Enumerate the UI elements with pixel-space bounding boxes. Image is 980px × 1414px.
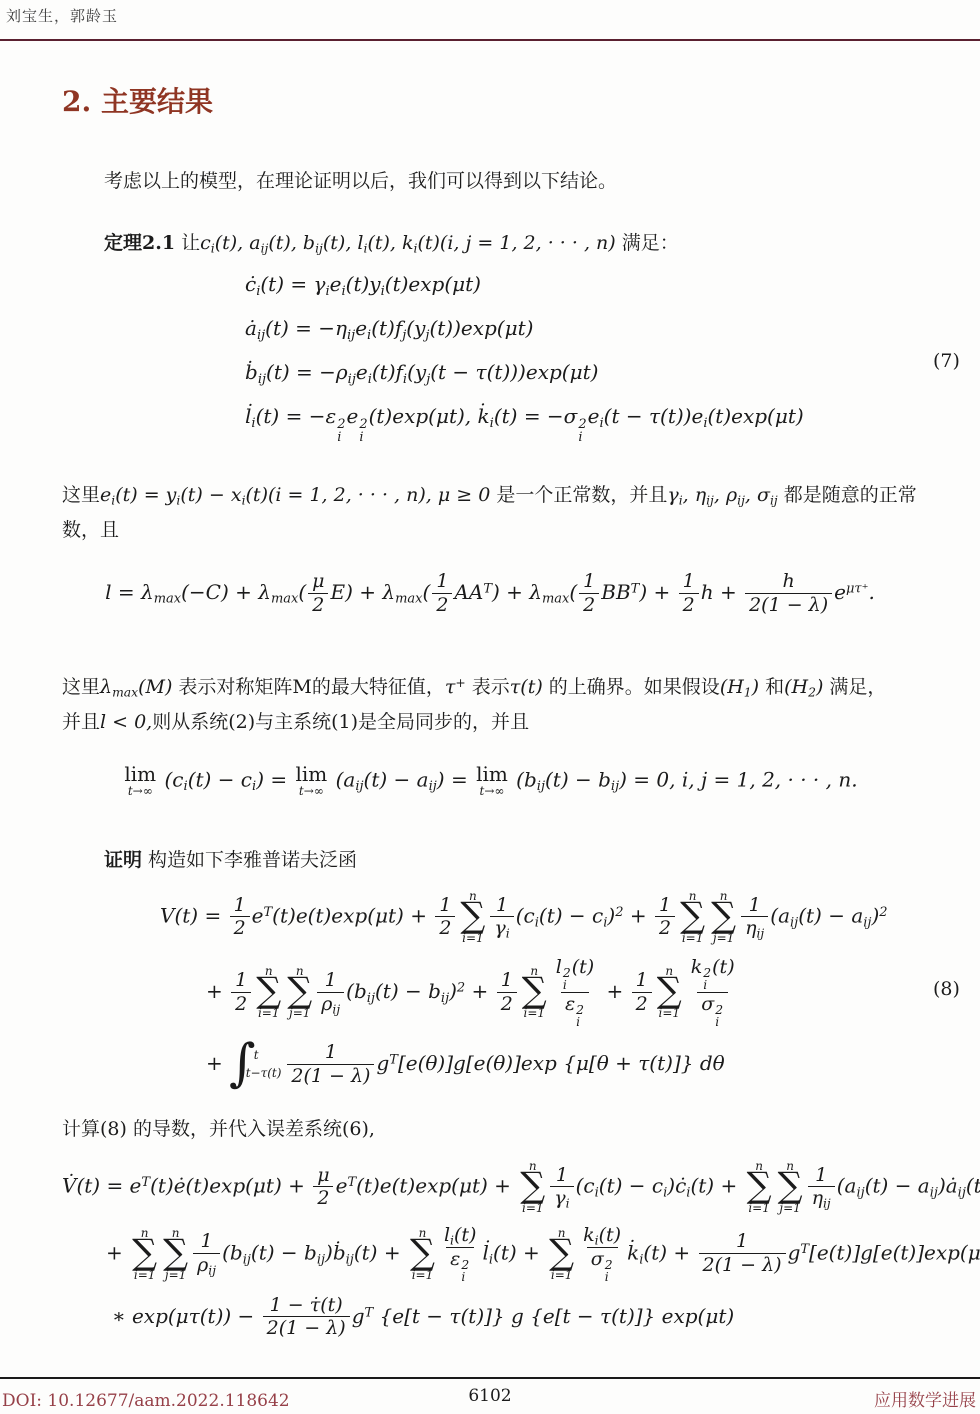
math-token: (t) − c <box>539 903 603 927</box>
math-token: + <box>455 676 465 690</box>
footer-doi: DOI: 10.12677/aam.2022.118642 <box>0 1391 290 1411</box>
math-token: t→∞ <box>480 785 505 798</box>
math-token: 是一个正常数，并且 <box>490 484 667 506</box>
math-token: l2i(t)ε2i <box>552 956 598 1029</box>
math-token: 并且 <box>62 711 100 733</box>
math-token: V(t) = <box>160 903 228 927</box>
math-token: i=1 <box>134 1269 156 1281</box>
paragraph-compute: 计算(8) 的导数，并代入误差系统(6), <box>62 1112 375 1147</box>
math-token: 2 <box>432 593 452 617</box>
math-token: 2i <box>703 967 711 992</box>
math-token: (t)exp(μt) <box>385 272 481 296</box>
math-token: (t) <box>712 956 734 978</box>
math-token: {e[t − τ(t)]} g {e[t − τ(t)]} exp(μt) <box>373 1303 734 1327</box>
math-token: ( <box>423 580 431 604</box>
math-token: 1 <box>811 1164 831 1187</box>
math-token: 12 <box>497 969 517 1016</box>
math-token: 2(1 − λ) <box>291 1065 370 1087</box>
math-token: 1 <box>435 894 455 917</box>
math-token: 1 <box>552 1164 572 1187</box>
math-token: 2(1 − λ) <box>263 1316 350 1340</box>
math-token: ) = <box>256 767 293 791</box>
math-token: h <box>782 570 794 592</box>
math-token: i=1 <box>462 932 484 944</box>
equation-vdot-line-3: ∗ exp(μτ(t)) − 1 − τ̇(t)2(1 − λ)gT {e[t … <box>112 1294 980 1341</box>
math-token: (t) − c <box>599 1173 663 1197</box>
math-token: ) <box>449 979 457 1003</box>
math-token: [e(t)]g[e(t)]exp(μt) <box>809 1240 980 1264</box>
math-token: (t) − b <box>545 767 611 791</box>
math-token: 让 <box>175 232 200 254</box>
math-token: 1 <box>501 969 513 991</box>
math-token: ∑ <box>163 1239 188 1269</box>
math-token: n∑i=1 <box>549 1227 574 1281</box>
math-token: 12 <box>230 894 250 941</box>
math-token: 表示 <box>466 676 510 698</box>
math-token: i <box>563 979 567 991</box>
math-token: (b <box>510 767 537 791</box>
equation-7-line-3: ḃij(t) = −ρijei(t)fi(yj(t − τ(t)))exp(μt… <box>245 360 804 384</box>
equation-8-line-3: + ∫tt−τ(t)12(1 − λ)gT[e(θ)]g[e(θ)]exp {μ… <box>206 1041 888 1088</box>
math-token: ρij <box>317 992 344 1016</box>
math-token: + <box>206 979 229 1003</box>
math-token: 2(1 − λ) <box>703 1254 782 1276</box>
math-token: 2 <box>435 916 455 940</box>
math-token: e <box>330 272 342 296</box>
math-token: (t) − b <box>251 1240 317 1264</box>
equation-8-line-2: + 12n∑i=1n∑j=11ρij(bij(t) − bij)2 + 12n∑… <box>206 956 888 1029</box>
math-token: i <box>578 431 582 444</box>
math-token: n∑i=1 <box>460 890 485 944</box>
math-token: AA <box>454 580 483 604</box>
math-token: ij <box>348 372 356 387</box>
math-token: (t) = γ <box>260 272 325 296</box>
math-token: ij <box>243 1252 251 1267</box>
math-token: (t) − b <box>375 979 441 1003</box>
math-token: k <box>583 1224 595 1246</box>
math-token: i=1 <box>412 1269 434 1281</box>
math-token: n∑j=1 <box>778 1160 803 1214</box>
math-token: 2(1 − λ) <box>287 1064 374 1088</box>
math-token: (t), k <box>367 232 413 254</box>
math-token: ∑ <box>778 1172 803 1202</box>
math-token: j=1 <box>779 1202 800 1214</box>
math-token: i <box>576 1016 580 1028</box>
paper-page: 刘宝生，郭龄玉 2. 主要结果 考虑以上的模型，在理论证明以后，我们可以得到以下… <box>0 0 980 1414</box>
math-token: k2i(t) <box>687 956 739 992</box>
math-token: 12(1 − λ) <box>287 1041 374 1088</box>
math-token: j=1 <box>165 1269 186 1281</box>
footer-rule <box>0 1377 980 1379</box>
math-token: T <box>141 1175 150 1190</box>
math-token: 1 <box>432 570 452 593</box>
math-token: 1 <box>556 1164 568 1186</box>
math-token: i=1 <box>682 932 704 944</box>
math-token: 12(1 − λ) <box>699 1230 786 1277</box>
math-token: ij <box>537 779 545 794</box>
math-token: 1γi <box>550 1164 573 1211</box>
math-token: e <box>252 903 264 927</box>
math-token: ij <box>429 779 437 794</box>
math-token: (t) = −σ <box>494 404 578 428</box>
math-token: (t) − a <box>798 903 863 927</box>
math-token: (t) <box>454 1224 476 1246</box>
math-token: (t) = −ρ <box>266 360 348 384</box>
math-token: (c <box>516 903 535 927</box>
math-token: ij <box>257 328 265 343</box>
math-token: 1 <box>583 570 595 592</box>
math-token: 2 <box>497 992 517 1016</box>
math-token: i <box>605 1271 609 1283</box>
math-token: ∑ <box>680 902 705 932</box>
math-token: 2 <box>439 917 451 939</box>
math-token: 12 <box>231 969 251 1016</box>
math-token: 2 <box>583 594 595 616</box>
math-token: 满足： <box>616 232 679 254</box>
math-token: 2i <box>605 1259 613 1284</box>
math-token: (t)exp(μt) <box>707 404 803 428</box>
math-token: n∑i=1 <box>520 1160 545 1214</box>
math-token: (t)e(t)exp(μt) + <box>356 1173 517 1197</box>
math-token: 2 <box>683 594 695 616</box>
math-token: ij <box>332 1002 340 1016</box>
math-token: ȧ <box>245 316 257 340</box>
math-token: n∑i=1 <box>680 890 705 944</box>
math-token: + <box>624 903 653 927</box>
math-token: μ <box>312 570 324 592</box>
math-token: ∑ <box>520 1172 545 1202</box>
math-token: n∑i=1 <box>522 965 547 1019</box>
math-token: e <box>346 404 358 428</box>
math-token: h2(1 − λ) <box>745 570 832 617</box>
equation-7: ċi(t) = γiei(t)yi(t)exp(μt) ȧij(t) = −ηi… <box>245 272 804 444</box>
math-token: tt−τ(t) <box>254 1048 282 1079</box>
math-token: ij <box>930 1185 938 1200</box>
math-token: 2 <box>235 993 247 1015</box>
math-token: max <box>112 686 138 700</box>
math-token: 2i <box>715 1004 723 1029</box>
math-token: h <box>778 570 798 593</box>
math-token: 1 <box>231 969 251 992</box>
math-token: (M) <box>138 676 172 698</box>
math-token: 1 − τ̇(t)2(1 − λ) <box>263 1294 350 1341</box>
math-token: ij <box>441 991 449 1006</box>
equation-7-line-4: l̇i(t) = −ε2ie2i(t)exp(μt), k̇i(t) = −σ2… <box>245 404 804 444</box>
math-token: (a <box>329 767 355 791</box>
math-token: ij <box>347 328 355 343</box>
math-token: + <box>600 979 629 1003</box>
math-token: 1 <box>749 894 761 916</box>
math-token: max <box>542 592 569 607</box>
math-token: T <box>389 1052 398 1067</box>
math-token: k2i(t)σ2i <box>687 956 739 1029</box>
paragraph-intro: 考虑以上的模型，在理论证明以后，我们可以得到以下结论。 <box>104 164 617 199</box>
math-token: (t) + <box>354 1240 407 1264</box>
math-token: )ḃ <box>325 1240 346 1264</box>
math-token: T <box>800 1242 809 1257</box>
math-token: γ <box>667 484 678 506</box>
math-token: 12 <box>632 969 652 1016</box>
math-token: ε2i <box>446 1247 474 1284</box>
math-token: + <box>465 979 494 1003</box>
math-token: T <box>264 905 273 920</box>
math-token: ∑ <box>522 977 547 1007</box>
math-token: + <box>106 1240 129 1264</box>
math-token: T <box>347 1175 356 1190</box>
math-token: ij <box>958 1185 966 1200</box>
math-token: (t) = −η <box>265 316 347 340</box>
math-token: (t)y <box>346 272 381 296</box>
math-token: e <box>336 1173 348 1197</box>
math-token: 2i <box>337 418 345 444</box>
math-token: 1 <box>492 894 512 917</box>
equation-lim-line-1: limt→∞ (ci(t) − ci) = limt→∞ (aij(t) − a… <box>122 764 857 798</box>
equation-8-line-1: V(t) = 12eT(t)e(t)exp(μt) + 12n∑i=11γi(c… <box>160 890 888 944</box>
math-token: i <box>703 979 707 991</box>
math-token: 2 <box>808 686 816 700</box>
math-token: 2 <box>308 593 328 617</box>
math-token: 2i <box>359 418 367 444</box>
math-token: (t)ė(t)exp(μt) + <box>150 1173 311 1197</box>
math-token: n∑i=1 <box>747 1160 772 1214</box>
math-token: lim <box>295 764 327 785</box>
math-token: 2 <box>578 418 586 431</box>
equation-7-line-2: ȧij(t) = −ηijei(t)fj(yj(t))exp(μt) <box>245 316 804 340</box>
math-token: 2 <box>615 905 623 920</box>
math-token: 的上确界。如果假设 <box>543 676 720 698</box>
math-token: ) = 0, i, j = 1, 2, · · · , n. <box>619 767 857 791</box>
math-token: limt→∞ <box>476 764 508 798</box>
math-token: 12 <box>655 894 675 941</box>
math-token: max <box>154 592 181 607</box>
math-token: 1 <box>679 570 699 593</box>
math-token: γ <box>494 917 505 939</box>
math-token: g <box>352 1303 365 1327</box>
math-token: 2 <box>234 917 246 939</box>
math-token: ij <box>756 927 764 941</box>
math-token: γi <box>490 916 513 940</box>
math-token: 2 <box>359 418 367 431</box>
math-token: ij <box>611 779 619 794</box>
math-token: 2(1 − λ) <box>749 594 828 616</box>
math-token: 1 <box>732 1230 752 1253</box>
math-token: μ <box>308 570 328 593</box>
math-token: 满足， <box>823 676 886 698</box>
math-token: l < 0, <box>100 711 152 733</box>
math-token: μ2 <box>308 570 328 617</box>
math-token: 1ρij <box>193 1230 220 1277</box>
math-token: 1 <box>655 894 675 917</box>
math-token: 1 <box>201 1230 213 1252</box>
math-token: 1γi <box>490 894 513 941</box>
math-token: k̇ <box>627 1240 639 1264</box>
math-token: (t)(i = 1, 2, · · · , n), μ ≥ 0 <box>246 484 491 506</box>
math-token: (t) − c <box>188 767 252 791</box>
math-token: n∑j=1 <box>711 890 736 944</box>
math-token: η <box>812 1187 823 1209</box>
math-token: 1ρij <box>317 969 344 1016</box>
math-token: 12 <box>679 570 699 617</box>
math-token: j=1 <box>713 932 734 944</box>
math-token: 2i <box>578 418 586 444</box>
math-token: 1 <box>683 570 695 592</box>
math-token: 1 <box>579 570 599 593</box>
math-token: 1 <box>234 894 246 916</box>
math-token: 1 <box>439 894 451 916</box>
math-token: li(t)ε2i <box>440 1224 481 1284</box>
math-token: γ <box>554 1187 565 1209</box>
math-token: 2 <box>655 916 675 940</box>
math-token: [e(θ)]g[e(θ)]exp {μ[θ + τ(t)]} dθ <box>398 1051 725 1075</box>
math-token: 12 <box>432 570 452 617</box>
math-token: τ <box>445 676 456 698</box>
math-token: 2 <box>579 593 599 617</box>
math-token: j=1 <box>289 1007 310 1019</box>
math-token: E) + λ <box>331 580 396 604</box>
math-token: e <box>588 404 600 428</box>
math-token: T <box>365 1305 374 1320</box>
math-token: 2 <box>501 993 513 1015</box>
math-token: 2 <box>879 905 887 920</box>
math-token: 2 <box>632 992 652 1016</box>
math-token: t−τ(t) <box>246 1066 282 1080</box>
equation-vdot: V̇(t) = eT(t)ė(t)exp(μt) + μ2eT(t)e(t)ex… <box>62 1160 980 1340</box>
math-token: ij <box>315 242 323 256</box>
math-token: ηij <box>741 916 768 940</box>
math-token: e <box>100 484 111 506</box>
math-token: t <box>254 1048 282 1062</box>
math-token: i <box>715 1016 719 1028</box>
equation-vdot-line-2: + n∑i=1n∑j=11ρij(bij(t) − bij)ḃij(t) + n… <box>106 1224 980 1284</box>
math-token: σ2i <box>697 992 728 1029</box>
math-token: 1 <box>325 1041 337 1063</box>
math-token: (t) = −ε <box>256 404 337 428</box>
math-token: i <box>566 1197 570 1211</box>
math-token: t→∞ <box>128 785 153 798</box>
math-token: (t) − a <box>364 767 429 791</box>
math-token: , η <box>683 484 706 506</box>
math-token: (y <box>407 360 426 384</box>
math-token: i <box>506 927 510 941</box>
math-token: ki(t) <box>579 1224 625 1247</box>
math-token: 1 <box>736 1230 748 1252</box>
math-token: ij <box>355 779 363 794</box>
math-token: ij <box>346 1252 354 1267</box>
math-token: k <box>691 956 703 978</box>
math-token: μ2 <box>313 1164 333 1211</box>
math-token: 1ηij <box>741 894 768 941</box>
math-token: i <box>337 431 341 444</box>
math-token: max <box>271 592 298 607</box>
math-token: 1 <box>636 969 648 991</box>
footer-journal-name: 应用数学进展 <box>874 1386 980 1411</box>
math-token: (H <box>784 676 808 698</box>
math-token: ρ <box>197 1254 208 1276</box>
math-token: 和 <box>759 676 784 698</box>
math-token: ∑ <box>256 977 281 1007</box>
math-token: ) <box>752 676 759 698</box>
math-token: ε <box>450 1248 460 1270</box>
math-token: 计算(8) 的导数，并代入误差系统(6), <box>62 1118 375 1140</box>
math-token: (t) <box>572 956 594 978</box>
math-token: (c <box>158 767 183 791</box>
math-token: lim <box>124 764 156 785</box>
math-token: σ <box>701 993 714 1015</box>
math-token: 1 <box>497 969 517 992</box>
math-token: 2 <box>313 1186 333 1210</box>
math-token: h + <box>701 580 743 604</box>
math-token: 2 <box>231 992 251 1016</box>
math-token: 1 <box>321 969 341 992</box>
math-token: 这里 <box>62 676 100 698</box>
math-token: ij <box>856 1185 864 1200</box>
math-token: (t)exp(μt), k̇ <box>369 404 490 428</box>
math-token: (a <box>770 903 790 927</box>
math-token: (t) + <box>493 1240 546 1264</box>
math-token: 1 <box>321 1041 341 1064</box>
math-token: ∑ <box>549 1239 574 1269</box>
math-token: ∑ <box>410 1239 435 1269</box>
math-token: n∑j=1 <box>163 1227 188 1281</box>
math-token: ηij <box>808 1186 835 1210</box>
math-token: (t) + <box>643 1240 696 1264</box>
math-token: lim <box>476 764 508 785</box>
math-token: 1 <box>632 969 652 992</box>
math-token: c <box>200 232 211 254</box>
math-token: , ρ <box>714 484 737 506</box>
math-token: , σ <box>745 484 770 506</box>
math-token: ij <box>367 991 375 1006</box>
equation-7-label: (7) <box>933 350 960 372</box>
math-token: 2 <box>436 594 448 616</box>
math-token: 构造如下李雅普诺夫泛函 <box>142 849 357 871</box>
math-token: 1 <box>815 1164 827 1186</box>
math-token: ∑ <box>460 902 485 932</box>
math-token: σ <box>591 1248 604 1270</box>
math-token: 2i <box>563 967 571 992</box>
paragraph-after-eq7: 这里ei(t) = yi(t) − xi(t)(i = 1, 2, · · · … <box>62 478 917 548</box>
math-token: i=1 <box>748 1202 770 1214</box>
math-token: g <box>788 1240 801 1264</box>
math-token: 数，且 <box>62 519 119 541</box>
math-token: n∑i=1 <box>132 1227 157 1281</box>
math-token: (t))exp(μt) <box>429 316 533 340</box>
math-token: (t) − x <box>180 484 241 506</box>
math-token: ε2i <box>561 992 589 1029</box>
math-token: ε <box>565 993 575 1015</box>
math-token: 这里 <box>62 484 100 506</box>
math-token: ( <box>569 580 577 604</box>
math-token: limt→∞ <box>295 764 327 798</box>
math-token: λ <box>100 676 112 698</box>
math-token: 2 <box>312 594 324 616</box>
math-token: 2(1 − λ) <box>267 1317 346 1339</box>
math-token: (a <box>837 1173 857 1197</box>
footer: 6102 DOI: 10.12677/aam.2022.118642 应用数学进… <box>0 1386 980 1411</box>
math-token: ij <box>790 915 798 930</box>
math-token: ij <box>737 494 745 508</box>
math-token: μτ⁺ <box>846 581 869 596</box>
math-token: + <box>206 1051 229 1075</box>
math-token: (H <box>720 676 744 698</box>
math-token: 1ηij <box>808 1164 835 1211</box>
math-token: (t)f <box>372 360 403 384</box>
math-token: ) + λ <box>492 580 542 604</box>
math-token: ∗ exp(μτ(t)) − <box>112 1303 261 1327</box>
math-token: e <box>355 316 367 340</box>
math-token: i=1 <box>659 1007 681 1019</box>
math-token: (t)e(t)exp(μt) + <box>272 903 433 927</box>
